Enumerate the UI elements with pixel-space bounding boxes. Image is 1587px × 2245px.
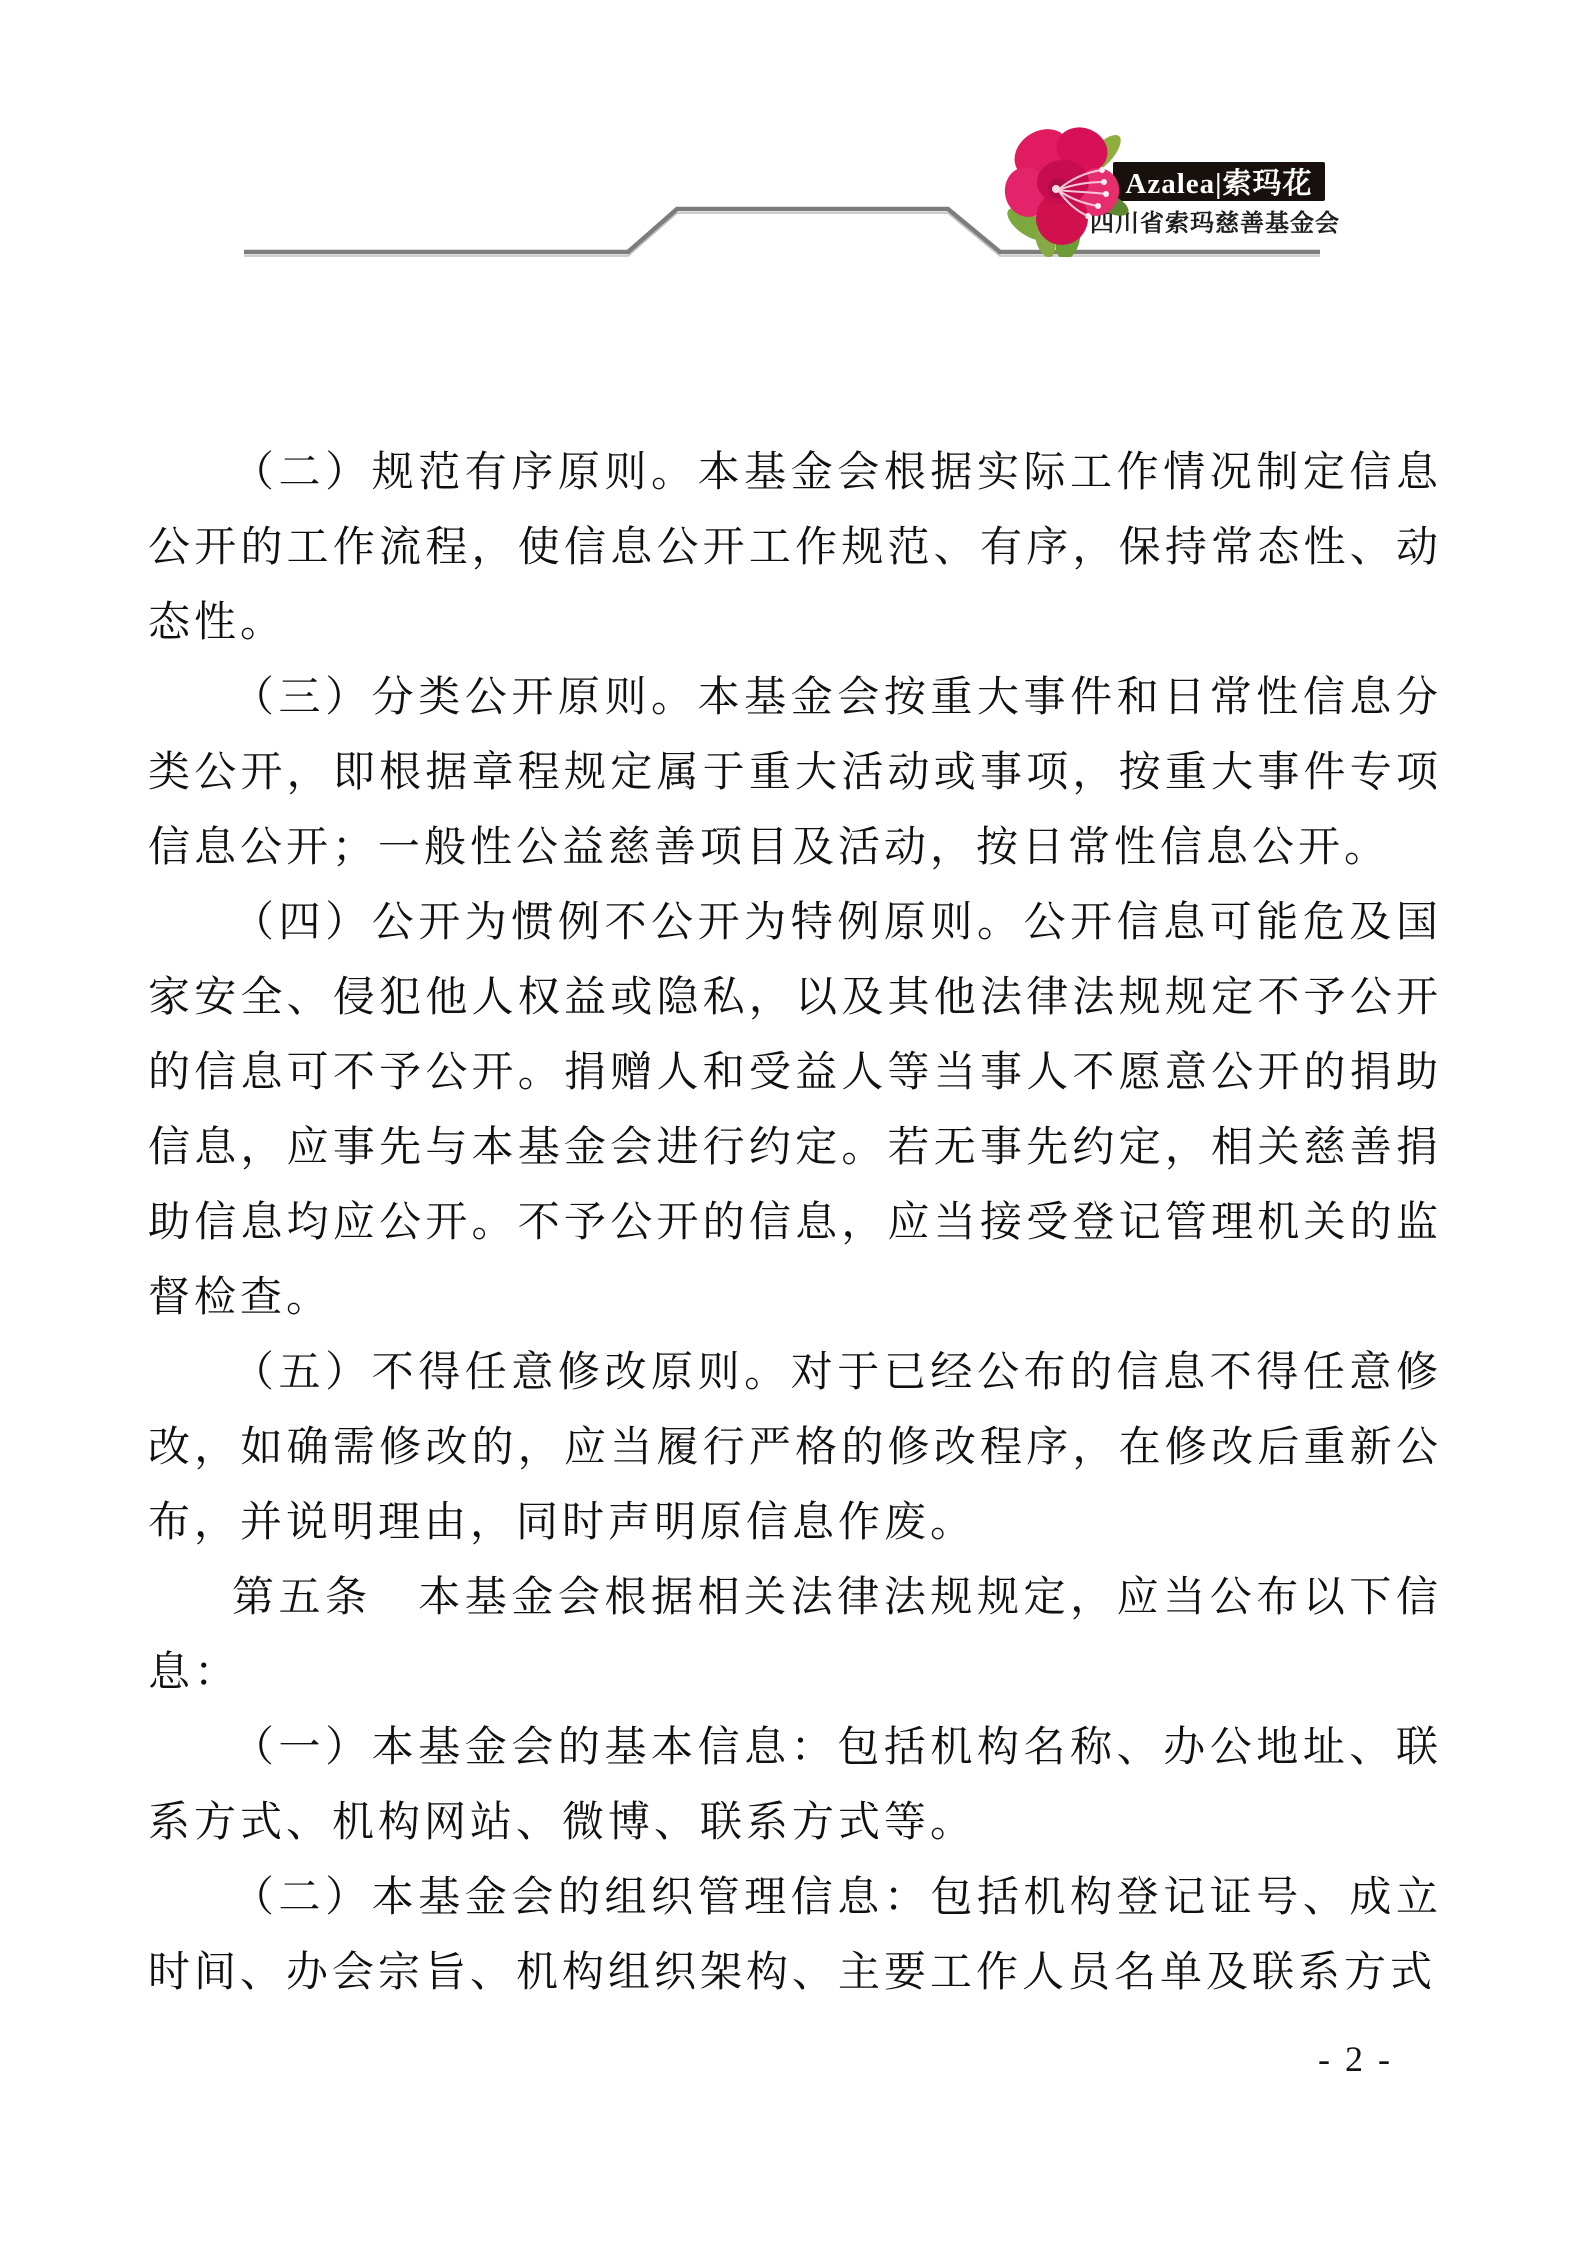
paragraph: （四）公开为惯例不公开为特例原则。公开信息可能危及国家安全、侵犯他人权益或隐私，… xyxy=(148,886,1442,1336)
paragraph: （二）本基金会的组织管理信息：包括机构登记证号、成立时间、办会宗旨、机构组织架构… xyxy=(148,1861,1442,2011)
paragraph: （二）规范有序原则。本基金会根据实际工作情况制定信息公开的工作流程，使信息公开工… xyxy=(148,436,1442,661)
page-number: - 2 - xyxy=(1318,2038,1393,2080)
logo-banner: Azalea|索玛花 xyxy=(1113,162,1325,201)
logo-brand-text: Azalea|索玛花 xyxy=(1125,161,1312,202)
document-page: Azalea|索玛花 四川省索玛慈善基金会 xyxy=(0,0,1587,2245)
header-divider-line xyxy=(0,0,1587,300)
paragraph: 第五条 本基金会根据相关法律法规规定，应当公布以下信息： xyxy=(148,1561,1442,1711)
paragraph: （三）分类公开原则。本基金会按重大事件和日常性信息分类公开，即根据章程规定属于重… xyxy=(148,661,1442,886)
paragraph: （五）不得任意修改原则。对于已经公布的信息不得任意修改，如确需修改的，应当履行严… xyxy=(148,1336,1442,1561)
paragraph: （一）本基金会的基本信息：包括机构名称、办公地址、联系方式、机构网站、微博、联系… xyxy=(148,1711,1442,1861)
azalea-flower-icon xyxy=(1000,112,1135,257)
document-body: （二）规范有序原则。本基金会根据实际工作情况制定信息公开的工作流程，使信息公开工… xyxy=(148,436,1442,2011)
foundation-logo: Azalea|索玛花 四川省索玛慈善基金会 xyxy=(985,100,1345,250)
